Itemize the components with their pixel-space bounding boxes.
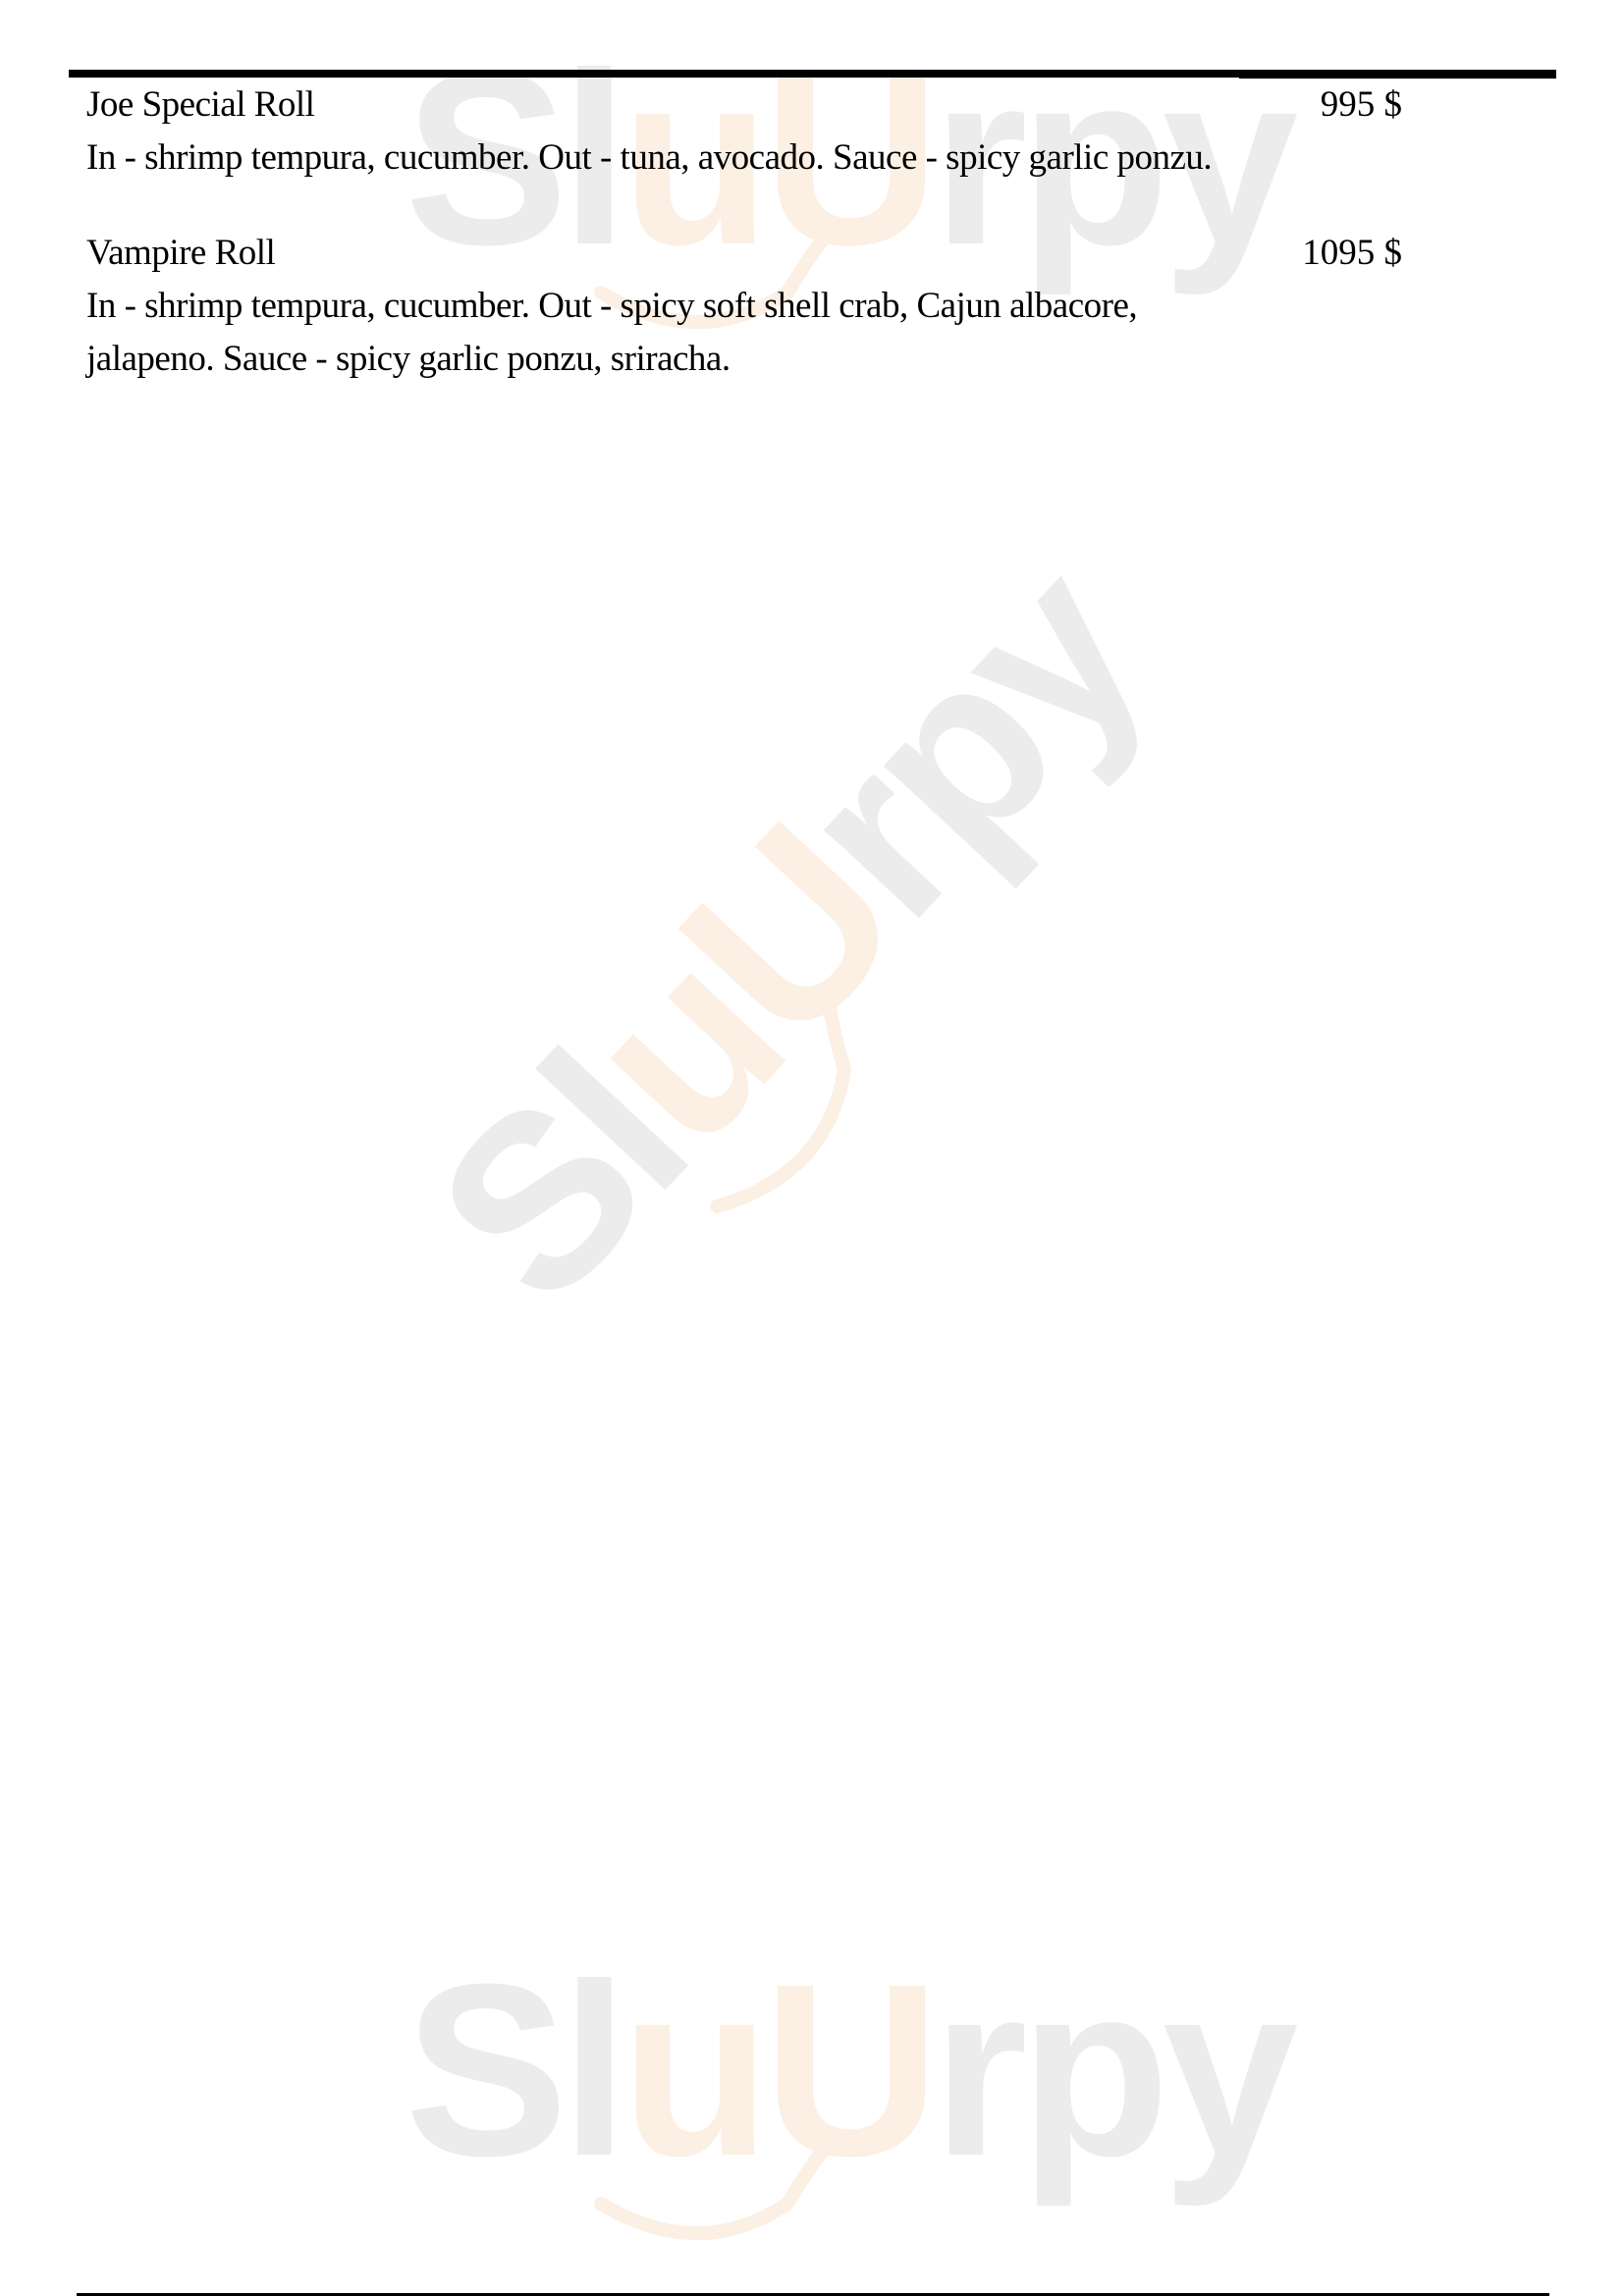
sluurpy-logo-icon: SluUrpy (404, 579, 1181, 1383)
menu-item-name: Joe Special Roll (86, 79, 1402, 132)
menu-item-name: Vampire Roll (86, 227, 1402, 280)
menu-item-description: In - shrimp tempura, cucumber. Out - spi… (86, 280, 1216, 386)
watermark-logo-middle: SluUrpy (404, 579, 1181, 1383)
menu-item-price: 995 $ (1321, 79, 1402, 132)
svg-text:SluUrpy: SluUrpy (405, 1933, 1297, 2207)
menu-item-description: In - shrimp tempura, cucumber. Out - tun… (86, 132, 1216, 185)
menu-list: Joe Special Roll In - shrimp tempura, cu… (86, 79, 1402, 428)
top-divider-price-column (1239, 70, 1556, 79)
svg-text:SluUrpy: SluUrpy (385, 512, 1194, 1352)
menu-item-price: 1095 $ (1302, 227, 1402, 280)
sluurpy-logo-icon: SluUrpy (405, 1958, 1229, 2253)
menu-item: Joe Special Roll In - shrimp tempura, cu… (86, 79, 1402, 185)
menu-item: Vampire Roll In - shrimp tempura, cucumb… (86, 227, 1402, 386)
watermark-logo-bottom: SluUrpy (405, 1958, 1229, 2253)
